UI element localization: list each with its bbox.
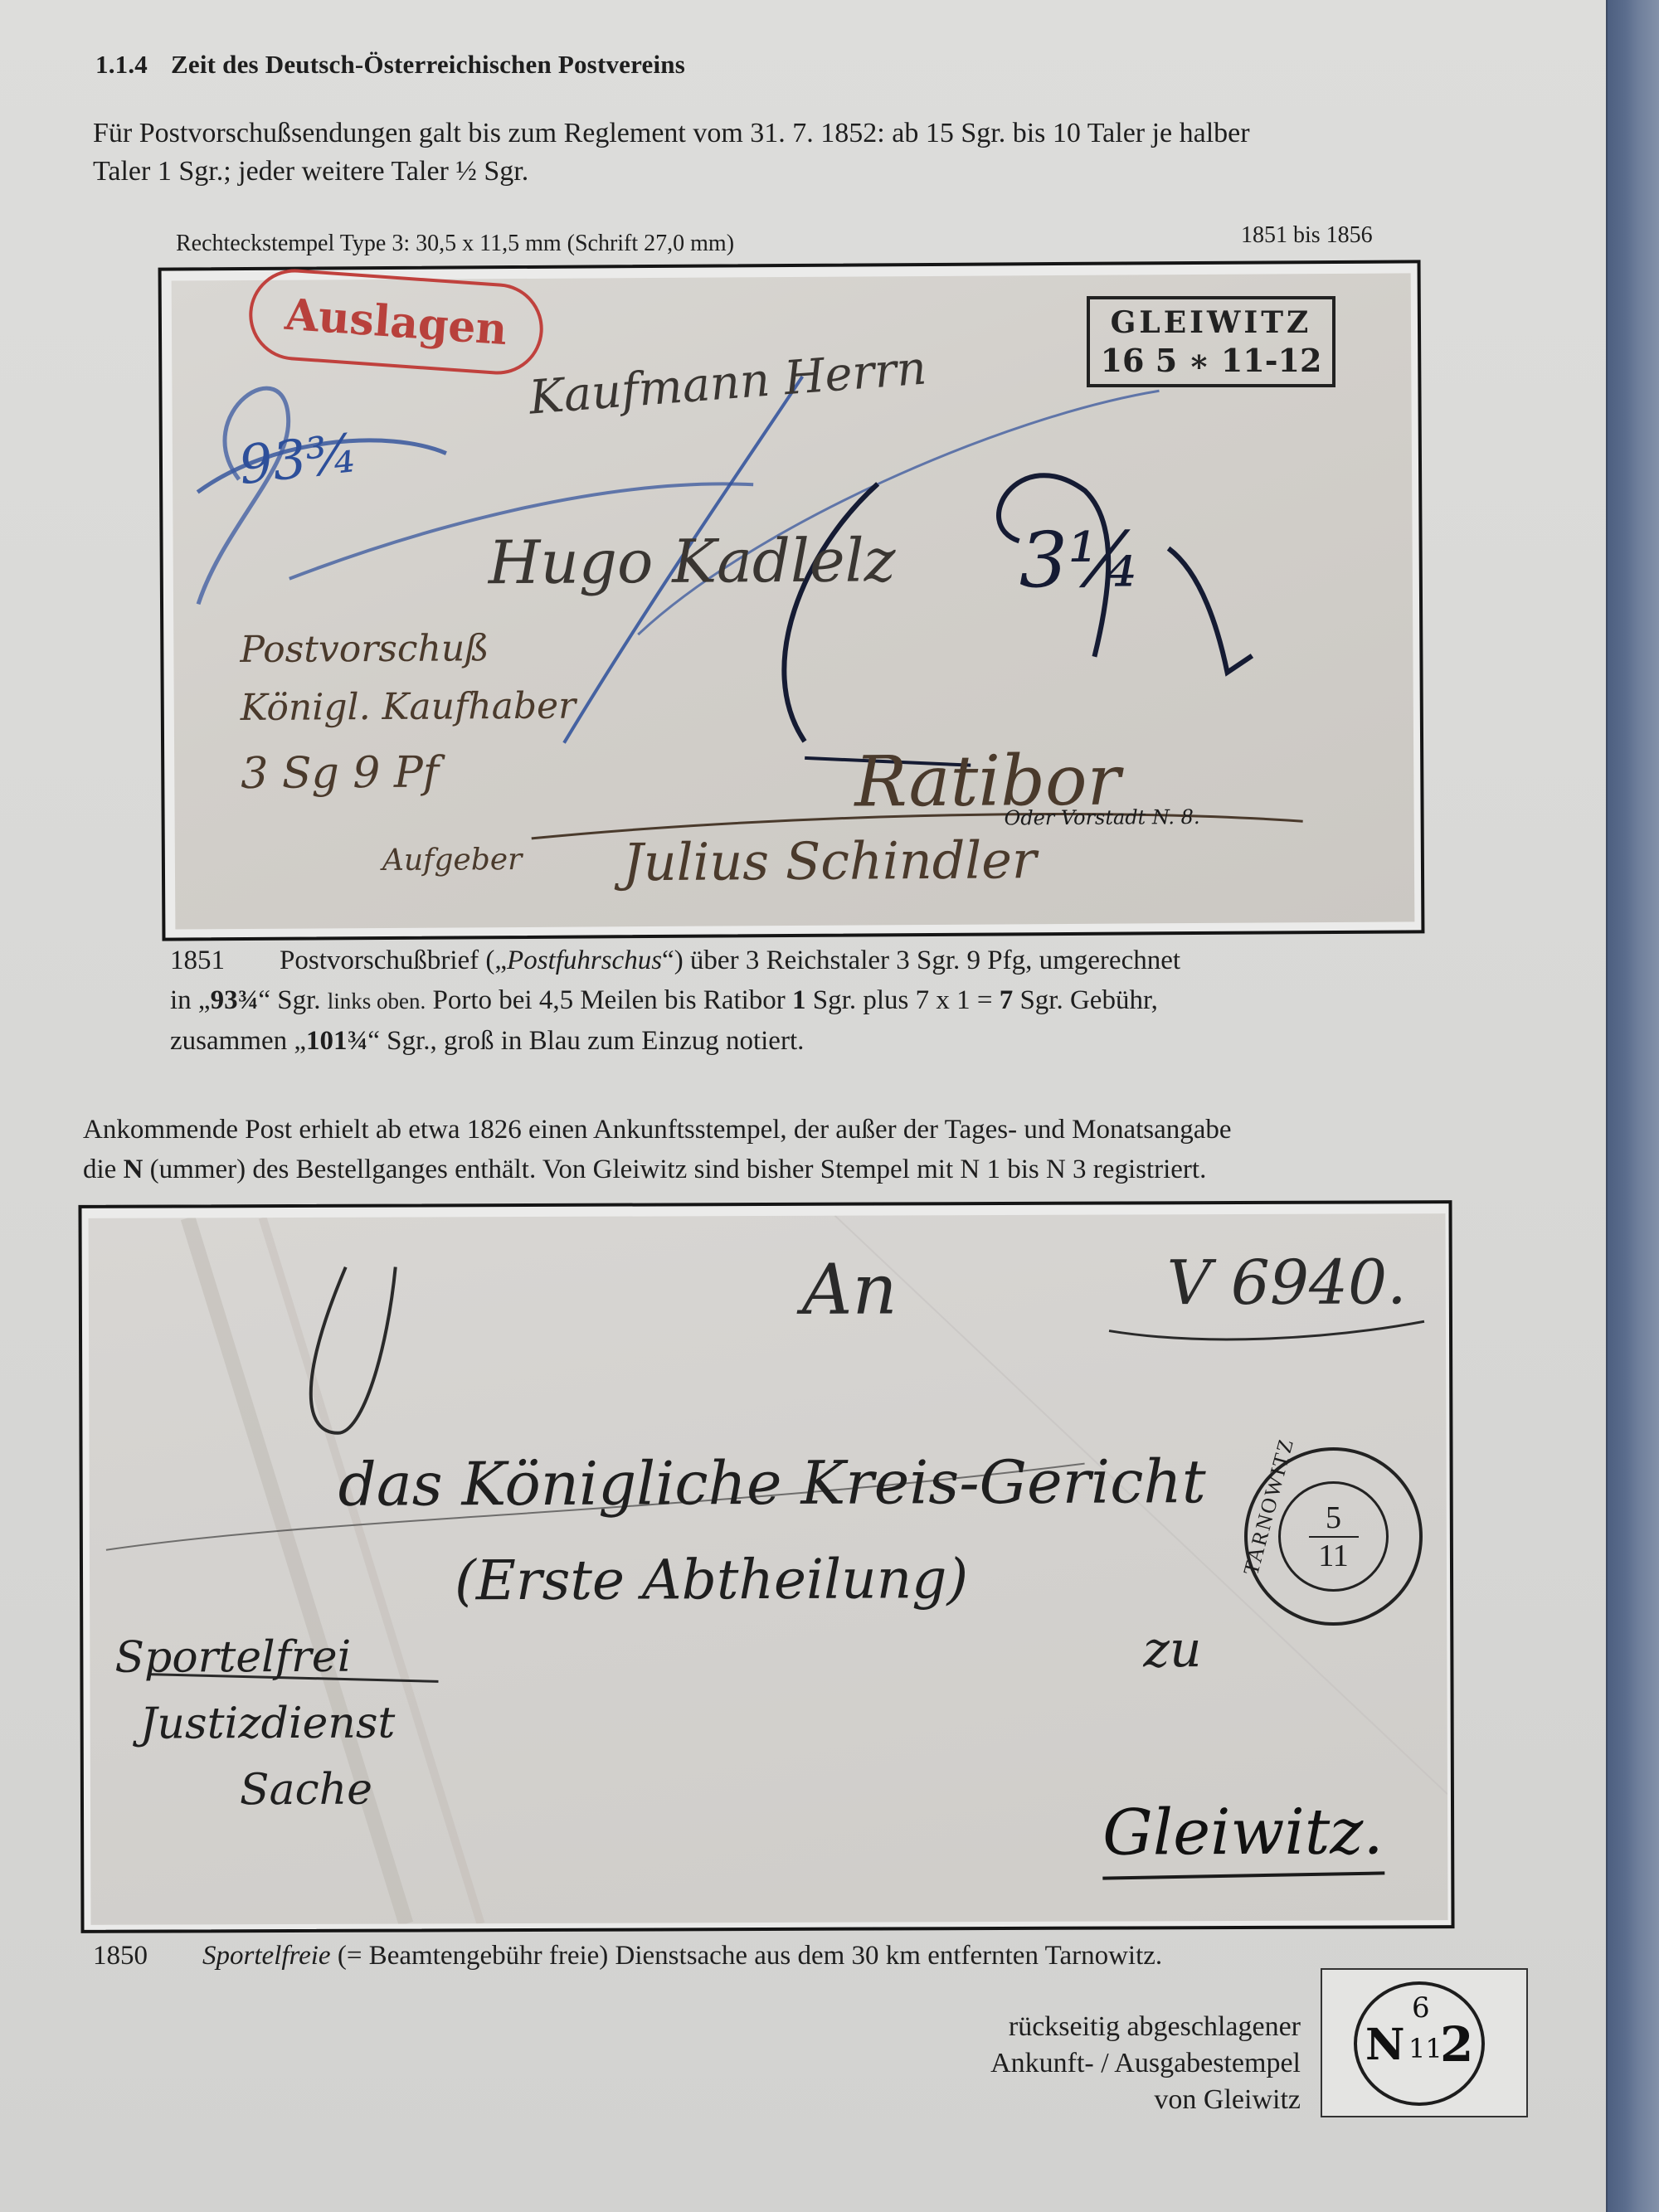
caption-bold: 1 <box>792 985 806 1015</box>
caption-small: links oben. <box>328 989 426 1014</box>
paragraph-line-1: Ankommende Post erhielt ab etwa 1826 ein… <box>83 1110 1232 1150</box>
handwriting-street: Oder Vorstadt N. 8. <box>1005 805 1200 829</box>
intro-line-2: Taler 1 Sgr.; jeder weitere Taler ½ Sgr. <box>93 153 1503 191</box>
handwriting-sportelfrei: Sportelfrei <box>114 1632 351 1683</box>
date-divider <box>1309 1536 1359 1538</box>
gleiwitz-rectangle-cancel: GLEIWITZ 16 5 ∗ 11-12 <box>1087 296 1335 387</box>
handwriting-sender: Julius Schindler <box>623 829 1037 892</box>
caption-text: “ Sgr., groß in Blau zum Einzug notiert. <box>367 1026 804 1056</box>
caption-text: zusammen „ <box>170 1026 306 1056</box>
handwriting-note-1: Postvorschuß <box>240 627 489 671</box>
handwriting-city: Gleiwitz. <box>1102 1794 1384 1869</box>
paragraph-text: (ummer) des Bestellganges enthält. Von G… <box>143 1155 1206 1184</box>
backstamp-caption: rückseitig abgeschlagener Ankunft- / Aus… <box>990 2009 1301 2118</box>
cancel-month: 11 <box>1318 1539 1349 1573</box>
stamp-delivery-number: 2 <box>1440 2016 1473 2073</box>
section-title: Zeit des Deutsch-Österreichischen Postve… <box>171 50 685 79</box>
handwriting-justizdienst: Justizdienst <box>140 1699 396 1749</box>
stamp-n-letter: N <box>1365 2020 1405 2070</box>
caption-text: Porto bei 4,5 Meilen bis Ratibor <box>426 985 792 1015</box>
caption-bold: 101¾ <box>306 1026 367 1056</box>
section-heading: 1.1.4Zeit des Deutsch-Österreichischen P… <box>95 50 685 80</box>
handwriting-zu: zu <box>1143 1621 1202 1679</box>
handwriting-note-2: Königl. Kaufhaber <box>241 685 577 729</box>
caption-bold: 93¾ <box>211 985 259 1015</box>
caption-year: 1850 <box>93 1936 202 1976</box>
stamp-period: 1851 bis 1856 <box>1241 222 1373 249</box>
paragraph-text: die <box>83 1155 124 1184</box>
cover1-caption-line-3: zusammen „101¾“ Sgr., groß in Blau zum E… <box>170 1021 1180 1061</box>
caption-text: “ Sgr. <box>258 985 327 1015</box>
caption-italic: Sportelfreie <box>202 1941 331 1971</box>
caption-text: Sgr. Gebühr, <box>1013 985 1158 1015</box>
stamp-day: 6 <box>1412 1991 1430 2025</box>
caption-text: “) über 3 Reichstaler 3 Sgr. 9 Pfg, umge… <box>662 946 1180 975</box>
caption-text: Sgr. plus 7 x 1 = <box>806 985 1000 1015</box>
caption-text: in „ <box>170 985 211 1015</box>
cancel-town: GLEIWITZ <box>1090 303 1332 343</box>
handwriting-addressee-name: Hugo Kadlelz <box>488 525 895 597</box>
intro-line-1: Für Postvorschußsendungen galt bis zum R… <box>93 114 1503 153</box>
handwriting-sender-prefix: Aufgeber <box>382 843 523 878</box>
handwriting-note-3: 3 Sg 9 Pf <box>241 748 439 799</box>
binder-spine <box>1608 0 1659 2212</box>
backstamp-box: N 6 11 2 <box>1321 1968 1528 2117</box>
handwriting-recipient-line-1: das Königliche Kreis-Gericht <box>338 1446 1206 1519</box>
cover1-caption: 1851Postvorschußbrief („Postfuhrschus“) … <box>170 941 1180 1061</box>
stamp-month: 11 <box>1408 2033 1443 2064</box>
cancel-date: 16 5 ∗ 11-12 <box>1090 343 1332 379</box>
caption-year: 1851 <box>170 941 280 980</box>
handwriting-recipient-line-2: (Erste Abtheilung) <box>455 1547 968 1612</box>
backstamp-caption-line-1: rückseitig abgeschlagener <box>990 2009 1301 2045</box>
cancel-date-center: 5 11 <box>1278 1481 1389 1592</box>
tarnowitz-circle-cancel: TARNOWITZ 5 11 <box>1244 1447 1423 1626</box>
cover1-caption-line-2: in „93¾“ Sgr. links oben. Porto bei 4,5 … <box>170 980 1180 1021</box>
handwriting-reference-number: V 6940. <box>1167 1247 1407 1319</box>
handwriting-an: An <box>802 1248 898 1330</box>
arrival-stamp-paragraph: Ankommende Post erhielt ab etwa 1826 ein… <box>83 1110 1232 1189</box>
intro-paragraph: Für Postvorschußsendungen galt bis zum R… <box>93 114 1503 191</box>
cancel-day: 5 <box>1326 1501 1341 1534</box>
caption-text: Postvorschußbrief („ <box>280 946 507 975</box>
handwriting-sache: Sache <box>240 1765 372 1816</box>
auslagen-text: Auslagen <box>284 289 509 355</box>
caption-bold: 7 <box>1000 985 1014 1015</box>
handwriting-sum: 3¼ <box>1019 515 1141 605</box>
caption-italic: Postfuhrschus <box>507 946 662 975</box>
paragraph-bold: N <box>124 1155 144 1184</box>
caption-text: (= Beamtengebühr freie) Dienstsache aus … <box>331 1941 1163 1971</box>
backstamp-caption-line-3: von Gleiwitz <box>990 2082 1301 2118</box>
gleiwitz-arrival-stamp: N 6 11 2 <box>1354 1981 1485 2106</box>
backstamp-caption-line-2: Ankunft- / Ausgabestempel <box>990 2045 1301 2082</box>
section-number: 1.1.4 <box>95 50 148 79</box>
cover1-caption-line-1: 1851Postvorschußbrief („Postfuhrschus“) … <box>170 941 1180 980</box>
stamp-type-label: Rechteckstempel Type 3: 30,5 x 11,5 mm (… <box>176 231 734 257</box>
cover2-caption: 1850Sportelfreie (= Beamtengebühr freie)… <box>93 1936 1162 1976</box>
handwriting-amount-left: 93¾ <box>236 423 361 497</box>
paragraph-line-2: die N (ummer) des Bestellganges enthält.… <box>83 1150 1232 1189</box>
